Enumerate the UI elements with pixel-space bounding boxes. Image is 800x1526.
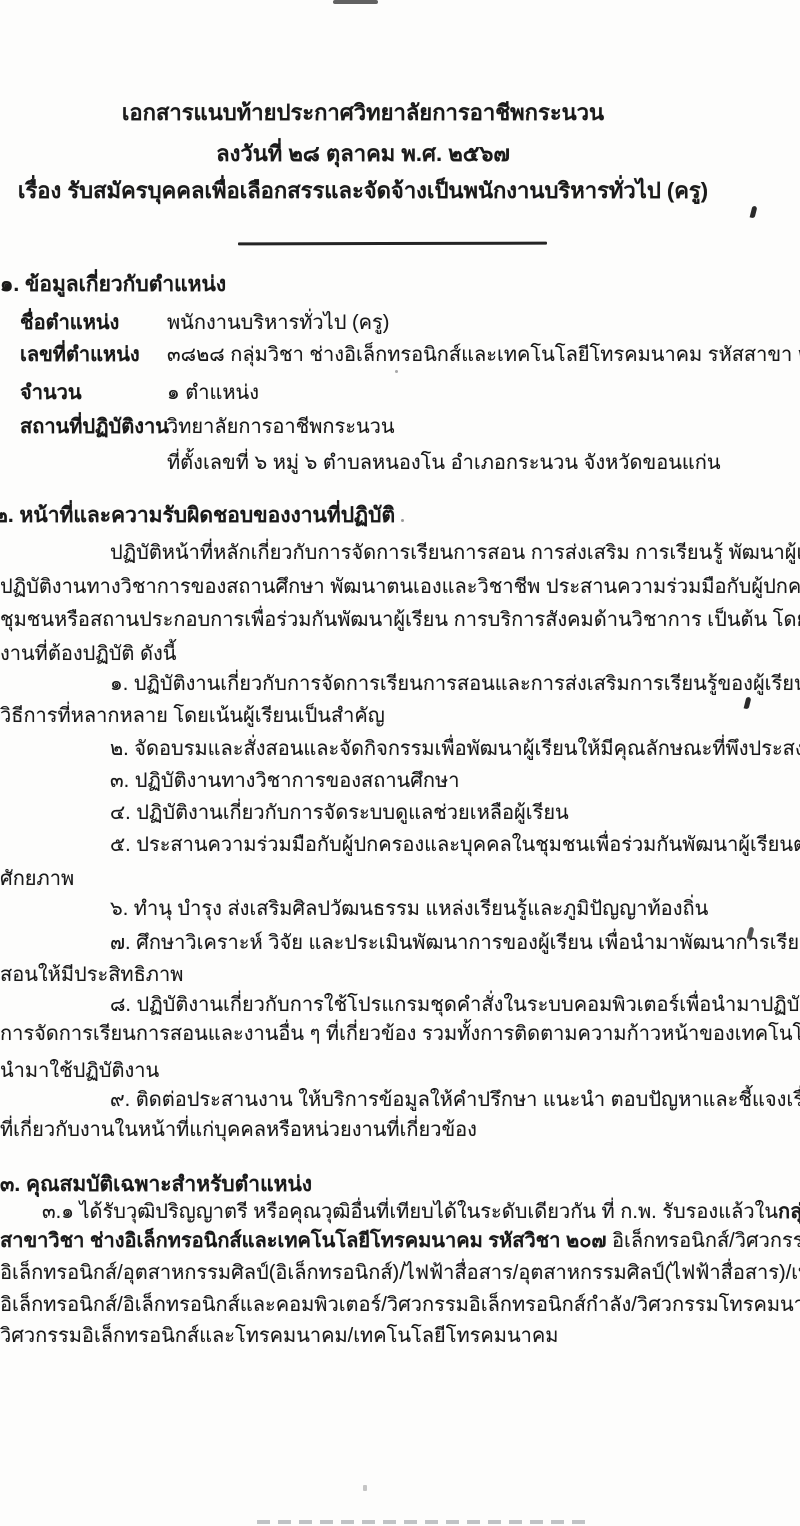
body-line: ศักยภาพ: [0, 866, 74, 892]
field-label: ชื่อตำแหน่ง: [20, 306, 119, 338]
qualification-line-4: อิเล็กทรอนิกส์/อิเล็กทรอนิกส์และคอมพิวเต…: [0, 1292, 800, 1318]
scan-artifact-speck: [363, 1485, 367, 1491]
qualification-bold-text: สาขาวิชา ช่างอิเล็กทรอนิกส์และเทคโนโลยีโ…: [0, 1230, 606, 1252]
duty-item-3: ๓. ปฏิบัติงานทางวิชาการของสถานศึกษา: [110, 768, 459, 794]
field-row-address: ที่ตั้งเลขที่ ๖ หมู่ ๖ ตำบลหนองโน อำเภอก…: [0, 446, 800, 474]
duty-item-1: ๑. ปฏิบัติงานเกี่ยวกับการจัดการเรียนการส…: [110, 671, 800, 697]
section3-title: ๓. คุณสมบัติเฉพาะสำหรับตำแหน่ง: [0, 1172, 312, 1198]
duty-item-6: ๖. ทำนุ บำรุง ส่งเสริมศิลปวัฒนธรรม แหล่ง…: [110, 896, 708, 922]
body-line: นำมาใช้ปฏิบัติงาน: [0, 1058, 159, 1084]
field-value: ๓๘๒๘ กลุ่มวิชา ช่างอิเล็กทรอนิกส์และเทคโ…: [167, 338, 800, 370]
section2-title: ๒. หน้าที่และความรับผิดชอบของงานที่ปฏิบั…: [0, 503, 395, 529]
body-line: การจัดการเรียนการสอนและงานอื่น ๆ ที่เกี่…: [0, 1021, 800, 1047]
scan-artifact-cutoff-text-line: [257, 1520, 589, 1524]
duty-item-7: ๗. ศึกษาวิเคราะห์ วิจัย และประเมินพัฒนาก…: [110, 930, 800, 956]
duty-item-8: ๘. ปฏิบัติงานเกี่ยวกับการใช้โปรแกรมชุดคำ…: [110, 992, 800, 1018]
field-value: พนักงานบริหารทั่วไป (ครู): [167, 306, 389, 338]
field-label: สถานที่ปฏิบัติงาน: [20, 410, 169, 442]
qualification-text: อิเล็กทรอนิกส์/วิศวกรรม: [606, 1230, 800, 1252]
field-value: วิทยาลัยการอาชีพกระนวน: [167, 410, 395, 442]
scan-artifact-dot: [401, 519, 404, 522]
duty-item-9: ๙. ติดต่อประสานงาน ให้บริการข้อมูลให้คำป…: [110, 1087, 800, 1113]
field-value: ๑ ตำแหน่ง: [167, 376, 259, 408]
field-label: เลขที่ตำแหน่ง: [20, 338, 140, 370]
qualification-line-1: ๓.๑ ได้รับวุฒิปริญญาตรี หรือคุณวุฒิอื่นท…: [42, 1199, 800, 1225]
field-row-quantity: จำนวน ๑ ตำแหน่ง: [0, 376, 800, 404]
scan-artifact-comma-mark: [744, 697, 752, 710]
duty-item-2: ๒. จัดอบรมและสั่งสอนและจัดกิจกรรมเพื่อพั…: [110, 736, 800, 762]
body-line: ที่เกี่ยวกับงานในหน้าที่แก่บุคคลหรือหน่ว…: [0, 1117, 477, 1143]
scan-artifact-top-smudge: [333, 0, 378, 4]
scan-artifact-comma-mark: [750, 206, 758, 219]
header-date: ลงวันที่ ๒๘ ตุลาคม พ.ศ. ๒๕๖๗: [0, 141, 726, 167]
body-line: ปฏิบัติงานทางวิชาการของสถานศึกษา พัฒนาตน…: [0, 574, 800, 600]
qualification-line-2: สาขาวิชา ช่างอิเล็กทรอนิกส์และเทคโนโลยีโ…: [0, 1228, 800, 1254]
body-line: สอนให้มีประสิทธิภาพ: [0, 962, 183, 988]
body-line: งานที่ต้องปฏิบัติ ดังนี้: [0, 641, 176, 667]
body-line: วิธีการที่หลากหลาย โดยเน้นผู้เรียนเป็นสำ…: [0, 703, 385, 729]
qualification-line-3: อิเล็กทรอนิกส์/อุตสาหกรรมศิลป์(อิเล็กทรอ…: [0, 1260, 800, 1286]
duty-item-4: ๔. ปฏิบัติงานเกี่ยวกับการจัดระบบดูแลช่วย…: [110, 800, 569, 826]
field-row-position-number: เลขที่ตำแหน่ง ๓๘๒๘ กลุ่มวิชา ช่างอิเล็กท…: [0, 338, 800, 366]
header-divider-rule: [238, 242, 547, 246]
field-row-workplace: สถานที่ปฏิบัติงาน วิทยาลัยการอาชีพกระนวน: [0, 410, 800, 438]
body-line: ปฏิบัติหน้าที่หลักเกี่ยวกับการจัดการเรีย…: [110, 540, 800, 566]
header-title: เอกสารแนบท้ายประกาศวิทยาลัยการอาชีพกระนว…: [0, 100, 726, 126]
field-label: จำนวน: [20, 376, 82, 408]
qualification-bold-text: กลุ่ม: [778, 1201, 800, 1223]
scanned-document-page: เอกสารแนบท้ายประกาศวิทยาลัยการอาชีพกระนว…: [0, 0, 800, 1526]
scan-artifact-dot: [395, 370, 398, 373]
header-subject: เรื่อง รับสมัครบุคคลเพื่อเลือกสรรและจัดจ…: [0, 178, 726, 204]
body-line: ชุมชนหรือสถานประกอบการเพื่อร่วมกันพัฒนาผ…: [0, 607, 800, 633]
field-value: ที่ตั้งเลขที่ ๖ หมู่ ๖ ตำบลหนองโน อำเภอก…: [167, 446, 721, 478]
duty-item-5: ๕. ประสานความร่วมมือกับผู้ปกครองและบุคคล…: [110, 832, 800, 858]
field-row-position-name: ชื่อตำแหน่ง พนักงานบริหารทั่วไป (ครู): [0, 306, 800, 334]
qualification-line-5: วิศวกรรมอิเล็กทรอนิกส์และโทรคมนาคม/เทคโน…: [0, 1323, 558, 1349]
section1-title: ๑. ข้อมูลเกี่ยวกับตำแหน่ง: [0, 272, 226, 298]
qualification-text: ๓.๑ ได้รับวุฒิปริญญาตรี หรือคุณวุฒิอื่นท…: [42, 1201, 778, 1223]
